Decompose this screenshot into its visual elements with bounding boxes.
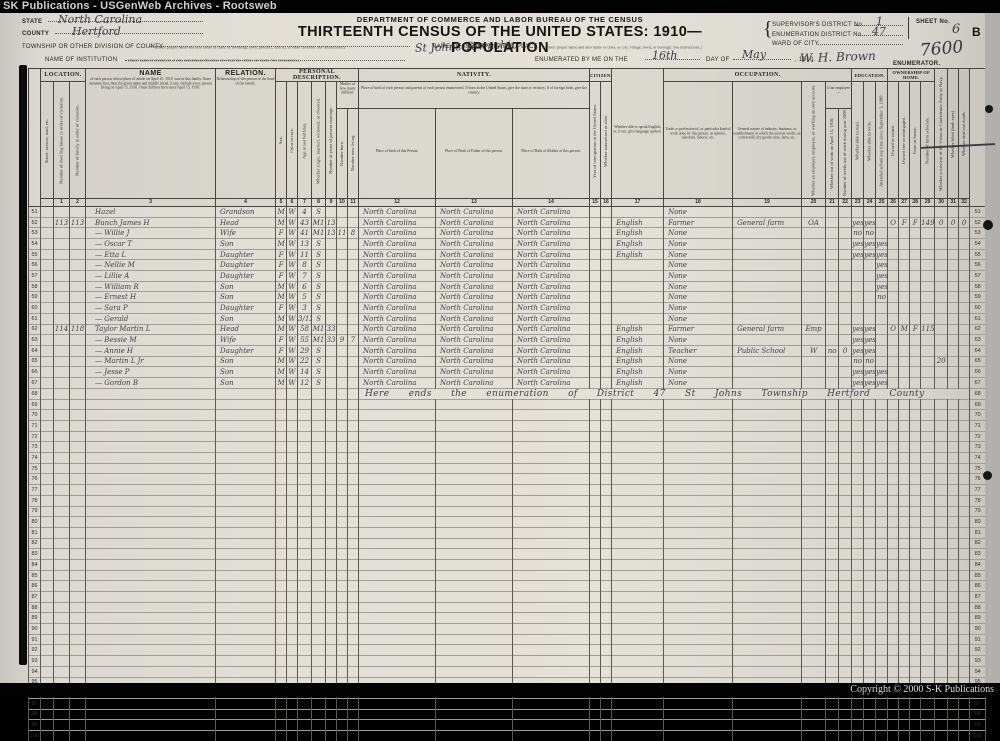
cell-80-pob: [359, 517, 436, 528]
cell-87-color: [287, 592, 298, 603]
cell-53-weeks: [839, 228, 852, 239]
cell-64-ind: Public School: [733, 345, 802, 356]
cell-51-imm: [590, 206, 601, 217]
cell-88-blind: [948, 602, 959, 613]
cell-77-sched: [921, 485, 935, 496]
column-number-15: 15: [590, 198, 601, 206]
cell-57-sched: [921, 271, 935, 282]
cell-60-born: [337, 303, 348, 314]
cell-70-eng: [612, 410, 664, 421]
cell-56-age: 8: [298, 260, 312, 271]
header-col-sched: Number of farm schedule.: [921, 82, 935, 199]
cell-63-dw: [54, 335, 70, 346]
cell-74-eng: [612, 453, 664, 464]
cell-78-ind: [733, 495, 802, 506]
cell-69-farmhouse: [910, 399, 921, 410]
cell-88-weeks: [839, 602, 852, 613]
cell-86-eng: [612, 581, 664, 592]
column-number-18: 18: [664, 198, 733, 206]
cell-94-survivor: [935, 666, 948, 677]
cell-56-pobm: North Carolina: [513, 260, 590, 271]
cell-70-age: [298, 410, 312, 421]
cell-71-school: [876, 421, 888, 432]
cell-64-free: [899, 345, 910, 356]
cell-58-school: yes: [876, 281, 888, 292]
cell-92-yrs: [326, 645, 337, 656]
cell-74-outwork: [826, 453, 839, 464]
cell-82-pobf: [436, 538, 513, 549]
cell-84-eng: [612, 559, 664, 570]
cell-75-imm: [590, 463, 601, 474]
cell-57-own: [888, 271, 899, 282]
cell-85-color: [287, 570, 298, 581]
cell-54-street: [41, 239, 54, 250]
cell-90-age: [298, 624, 312, 635]
line-number-right-70: 70: [970, 410, 986, 421]
cell-81-survivor: [935, 527, 948, 538]
header-col-blind: Whether blind (both eyes).: [948, 69, 959, 199]
line-number-left-65: 65: [29, 356, 41, 367]
cell-81-own: [888, 527, 899, 538]
cell-92-dw: [54, 645, 70, 656]
cell-85-emp: [802, 570, 826, 581]
cell-88-yrs: [326, 602, 337, 613]
cell-58-sex: M: [276, 281, 287, 292]
cell-82-street: [41, 538, 54, 549]
cell-59-mar: S: [312, 292, 326, 303]
cell-69-weeks: [839, 399, 852, 410]
cell-79-living: [348, 506, 359, 517]
cell-92-born: [337, 645, 348, 656]
cell-59-write: [864, 292, 876, 303]
cell-90-born: [337, 624, 348, 635]
cell-71-fam: [70, 421, 86, 432]
line-number-right-80: 80: [970, 517, 986, 528]
cell-87-weeks: [839, 592, 852, 603]
line-number-right-69: 69: [970, 399, 986, 410]
cell-58-blind: [948, 281, 959, 292]
cell-90-ind: [733, 624, 802, 635]
cell-64-pobf: North Carolina: [436, 345, 513, 356]
cell-55-imm: [590, 249, 601, 260]
cell-60-pobm: North Carolina: [513, 303, 590, 314]
cell-87-street: [41, 592, 54, 603]
cell-76-sched: [921, 474, 935, 485]
cell-85-rel: [216, 570, 276, 581]
column-number-20: 20: [802, 198, 826, 206]
cell-79-nat: [601, 506, 612, 517]
cell-51-write: [864, 206, 876, 217]
line-number-gutter-left: [29, 69, 41, 207]
cell-83-outwork: [826, 549, 839, 560]
cell-77-rel: [216, 485, 276, 496]
cell-68-yrs: [326, 388, 337, 399]
header-subgroup-mother-of-children: Mother of how many children:: [337, 82, 359, 109]
cell-52-nat: [601, 217, 612, 228]
cell-88-outwork: [826, 602, 839, 613]
cell-75-trade: [664, 463, 733, 474]
cell-52-dw: 113: [54, 217, 70, 228]
cell-87-write: [864, 592, 876, 603]
line-number-right-63: 63: [970, 335, 986, 346]
cell-51-age: 4: [298, 206, 312, 217]
cell-55-blind: [948, 249, 959, 260]
header-col-relation: RELATION.Relationship of this person to …: [216, 69, 276, 199]
cell-57-weeks: [839, 271, 852, 282]
cell-72-outwork: [826, 431, 839, 442]
cell-79-street: [41, 506, 54, 517]
cell-64-name: — Annie H: [86, 345, 216, 356]
cell-71-mar: [312, 421, 326, 432]
cell-51-pobm: North Carolina: [513, 206, 590, 217]
cell-86-name: [86, 581, 216, 592]
cell-54-sched: [921, 239, 935, 250]
cell-54-pobm: North Carolina: [513, 239, 590, 250]
cell-89-school: [876, 613, 888, 624]
line-number-right-56: 56: [970, 260, 986, 271]
cell-60-farmhouse: [910, 303, 921, 314]
cell-54-mar: S: [312, 239, 326, 250]
cell-82-imm: [590, 538, 601, 549]
line-number-left-86: 86: [29, 581, 41, 592]
cell-59-yrs: [326, 292, 337, 303]
cell-53-trade: None: [664, 228, 733, 239]
line-number-left-90: 90: [29, 624, 41, 635]
cell-70-rel: [216, 410, 276, 421]
cell-86-emp: [802, 581, 826, 592]
cell-51-farmhouse: [910, 206, 921, 217]
cell-53-age: 41: [298, 228, 312, 239]
cell-58-age: 6: [298, 281, 312, 292]
line-number-right-53: 53: [970, 228, 986, 239]
cell-72-living: [348, 431, 359, 442]
cell-94-pob: [359, 666, 436, 677]
cell-84-read: [852, 559, 864, 570]
cell-69-read: [852, 399, 864, 410]
cell-59-imm: [590, 292, 601, 303]
cell-52-write: yes: [864, 217, 876, 228]
cell-53-deaf: [959, 228, 970, 239]
cell-60-imm: [590, 303, 601, 314]
cell-60-blind: [948, 303, 959, 314]
cell-84-school: [876, 559, 888, 570]
cell-67-street: [41, 377, 54, 388]
cell-59-street: [41, 292, 54, 303]
line-number-left-54: 54: [29, 239, 41, 250]
cell-74-age: [298, 453, 312, 464]
cell-84-nat: [601, 559, 612, 570]
cell-62-farmhouse: F: [910, 324, 921, 335]
cell-56-blind: [948, 260, 959, 271]
cell-92-ind: [733, 645, 802, 656]
cell-60-pobf: North Carolina: [436, 303, 513, 314]
column-number-2: 2: [70, 198, 86, 206]
cell-53-name: — Willie J: [86, 228, 216, 239]
cell-84-weeks: [839, 559, 852, 570]
cell-73-color: [287, 442, 298, 453]
stamp-number: 7600: [919, 37, 964, 61]
cell-91-farmhouse: [910, 634, 921, 645]
cell-56-pobf: North Carolina: [436, 260, 513, 271]
cell-84-outwork: [826, 559, 839, 570]
cell-77-imm: [590, 485, 601, 496]
cell-53-fam: [70, 228, 86, 239]
cell-74-nat: [601, 453, 612, 464]
cell-69-own: [888, 399, 899, 410]
cell-92-free: [899, 645, 910, 656]
cell-88-living: [348, 602, 359, 613]
cell-89-pobm: [513, 613, 590, 624]
cell-71-nat: [601, 421, 612, 432]
cell-62-weeks: [839, 324, 852, 335]
cell-89-sched: [921, 613, 935, 624]
column-number-21: 21: [826, 198, 839, 206]
form-header: STATE North Carolina COUNTY Hertford TOW…: [0, 13, 1000, 68]
cell-66-yrs: [326, 367, 337, 378]
cell-91-living: [348, 634, 359, 645]
cell-93-living: [348, 656, 359, 667]
cell-55-fam: [70, 249, 86, 260]
cell-90-fam: [70, 624, 86, 635]
cell-79-ind: [733, 506, 802, 517]
cell-67-write: yes: [864, 377, 876, 388]
cell-91-own: [888, 634, 899, 645]
cell-63-street: [41, 335, 54, 346]
column-number-12: 12: [359, 198, 436, 206]
cell-91-trade: [664, 634, 733, 645]
header-col-own: Owned or rented.: [888, 82, 899, 199]
cell-93-fam: [70, 656, 86, 667]
cell-73-read: [852, 442, 864, 453]
cell-65-age: 22: [298, 356, 312, 367]
cell-63-age: 55: [298, 335, 312, 346]
cell-85-yrs: [326, 570, 337, 581]
cell-64-deaf: [959, 345, 970, 356]
cell-66-write: yes: [864, 367, 876, 378]
cell-51-color: W: [287, 206, 298, 217]
cell-71-farmhouse: [910, 421, 921, 432]
line-number-right-55: 55: [970, 249, 986, 260]
cell-80-nat: [601, 517, 612, 528]
line-number-right-51: 51: [970, 206, 986, 217]
cell-81-pobf: [436, 527, 513, 538]
cell-70-emp: [802, 410, 826, 421]
cell-84-survivor: [935, 559, 948, 570]
cell-80-age: [298, 517, 312, 528]
cell-64-eng: English: [612, 345, 664, 356]
cell-65-born: [337, 356, 348, 367]
cell-52-school: [876, 217, 888, 228]
cell-55-color: W: [287, 249, 298, 260]
cell-75-write: [864, 463, 876, 474]
cell-55-deaf: [959, 249, 970, 260]
cell-83-own: [888, 549, 899, 560]
cell-52-pobf: North Carolina: [436, 217, 513, 228]
cell-76-living: [348, 474, 359, 485]
cell-61-sex: M: [276, 313, 287, 324]
cell-64-write: yes: [864, 345, 876, 356]
cell-68-fam: [70, 388, 86, 399]
cell-87-blind: [948, 592, 959, 603]
cell-61-rel: Son: [216, 313, 276, 324]
cell-54-write: yes: [864, 239, 876, 250]
cell-93-eng: [612, 656, 664, 667]
column-number-5: 5: [276, 198, 287, 206]
cell-67-imm: [590, 377, 601, 388]
cell-73-outwork: [826, 442, 839, 453]
cell-70-fam: [70, 410, 86, 421]
header-col-pob: Place of birth of this Person.: [359, 108, 436, 198]
supervisor-label: SUPERVISOR'S DISTRICT No.: [772, 22, 864, 28]
cell-76-age: [298, 474, 312, 485]
cell-51-survivor: [935, 206, 948, 217]
column-number-23: 23: [852, 198, 864, 206]
cell-57-trade: None: [664, 271, 733, 282]
cell-88-write: [864, 602, 876, 613]
cell-81-yrs: [326, 527, 337, 538]
cell-88-fam: [70, 602, 86, 613]
cell-62-age: 58: [298, 324, 312, 335]
cell-94-deaf: [959, 666, 970, 677]
line-number-left-93: 93: [29, 656, 41, 667]
cell-60-deaf: [959, 303, 970, 314]
cell-72-yrs: [326, 431, 337, 442]
cell-60-rel: Daughter: [216, 303, 276, 314]
cell-77-school: [876, 485, 888, 496]
line-number-left-76: 76: [29, 474, 41, 485]
cell-58-outwork: [826, 281, 839, 292]
cell-79-imm: [590, 506, 601, 517]
cell-73-street: [41, 442, 54, 453]
line-number-left-73: 73: [29, 442, 41, 453]
cell-92-trade: [664, 645, 733, 656]
cell-55-emp: [802, 249, 826, 260]
header-group-citizenship: CITIZENSHIP.: [590, 69, 612, 82]
cell-72-age: [298, 431, 312, 442]
cell-68-age: [298, 388, 312, 399]
cell-60-school: [876, 303, 888, 314]
cell-92-pobm: [513, 645, 590, 656]
cell-58-pobf: North Carolina: [436, 281, 513, 292]
cell-55-eng: English: [612, 249, 664, 260]
cell-91-pob: [359, 634, 436, 645]
cell-90-imm: [590, 624, 601, 635]
cell-84-mar: [312, 559, 326, 570]
line-number-left-70: 70: [29, 410, 41, 421]
cell-85-pobm: [513, 570, 590, 581]
cell-77-pobm: [513, 485, 590, 496]
cell-94-age: [298, 666, 312, 677]
cell-77-survivor: [935, 485, 948, 496]
cell-79-age: [298, 506, 312, 517]
cell-57-street: [41, 271, 54, 282]
cell-87-imm: [590, 592, 601, 603]
line-number-right-66: 66: [970, 367, 986, 378]
cell-58-fam: [70, 281, 86, 292]
header-col-pobm: Place of Birth of Mother of this person.: [513, 108, 590, 198]
cell-87-outwork: [826, 592, 839, 603]
cell-91-read: [852, 634, 864, 645]
cell-89-yrs: [326, 613, 337, 624]
cell-86-trade: [664, 581, 733, 592]
cell-55-read: yes: [852, 249, 864, 260]
cell-66-born: [337, 367, 348, 378]
header-col-fam: Number of family in order of visitation.: [70, 82, 86, 199]
cell-89-eng: [612, 613, 664, 624]
cell-82-outwork: [826, 538, 839, 549]
cell-85-dw: [54, 570, 70, 581]
cell-60-sched: [921, 303, 935, 314]
cell-53-eng: English: [612, 228, 664, 239]
cell-82-farmhouse: [910, 538, 921, 549]
cell-74-dw: [54, 453, 70, 464]
cell-88-imm: [590, 602, 601, 613]
cell-65-sched: [921, 356, 935, 367]
cell-60-name: — Sara P: [86, 303, 216, 314]
cell-72-imm: [590, 431, 601, 442]
cell-52-age: 43: [298, 217, 312, 228]
cell-81-eng: [612, 527, 664, 538]
cell-89-weeks: [839, 613, 852, 624]
cell-52-imm: [590, 217, 601, 228]
cell-56-emp: [802, 260, 826, 271]
cell-71-rel: [216, 421, 276, 432]
cell-79-read: [852, 506, 864, 517]
cell-80-pobf: [436, 517, 513, 528]
cell-80-survivor: [935, 517, 948, 528]
cell-94-own: [888, 666, 899, 677]
township-label: TOWNSHIP OR OTHER DIVISION OF COUNTY: [22, 44, 163, 50]
cell-93-name: [86, 656, 216, 667]
cell-88-color: [287, 602, 298, 613]
cell-62-own: O: [888, 324, 899, 335]
cell-90-write: [864, 624, 876, 635]
cell-83-blind: [948, 549, 959, 560]
cell-88-born: [337, 602, 348, 613]
line-number-right-73: 73: [970, 442, 986, 453]
cell-92-emp: [802, 645, 826, 656]
cell-91-yrs: [326, 634, 337, 645]
cell-58-imm: [590, 281, 601, 292]
cell-56-imm: [590, 260, 601, 271]
cell-53-imm: [590, 228, 601, 239]
cell-90-eng: [612, 624, 664, 635]
cell-81-free: [899, 527, 910, 538]
cell-59-rel: Son: [216, 292, 276, 303]
ward-label: WARD OF CITY: [772, 41, 819, 47]
cell-89-emp: [802, 613, 826, 624]
cell-89-color: [287, 613, 298, 624]
cell-69-color: [287, 399, 298, 410]
cell-70-deaf: [959, 410, 970, 421]
cell-53-yrs: 13: [326, 228, 337, 239]
cell-54-nat: [601, 239, 612, 250]
cell-53-own: [888, 228, 899, 239]
cell-72-rel: [216, 431, 276, 442]
cell-93-blind: [948, 656, 959, 667]
cell-59-pobm: North Carolina: [513, 292, 590, 303]
cell-76-outwork: [826, 474, 839, 485]
cell-55-mar: S: [312, 249, 326, 260]
cell-89-ind: [733, 613, 802, 624]
cell-65-weeks: [839, 356, 852, 367]
cell-82-sched: [921, 538, 935, 549]
cell-61-color: W: [287, 313, 298, 324]
cell-66-weeks: [839, 367, 852, 378]
cell-54-rel: Son: [216, 239, 276, 250]
header-col-age: Age at last birthday.: [298, 82, 312, 199]
cell-53-blind: [948, 228, 959, 239]
